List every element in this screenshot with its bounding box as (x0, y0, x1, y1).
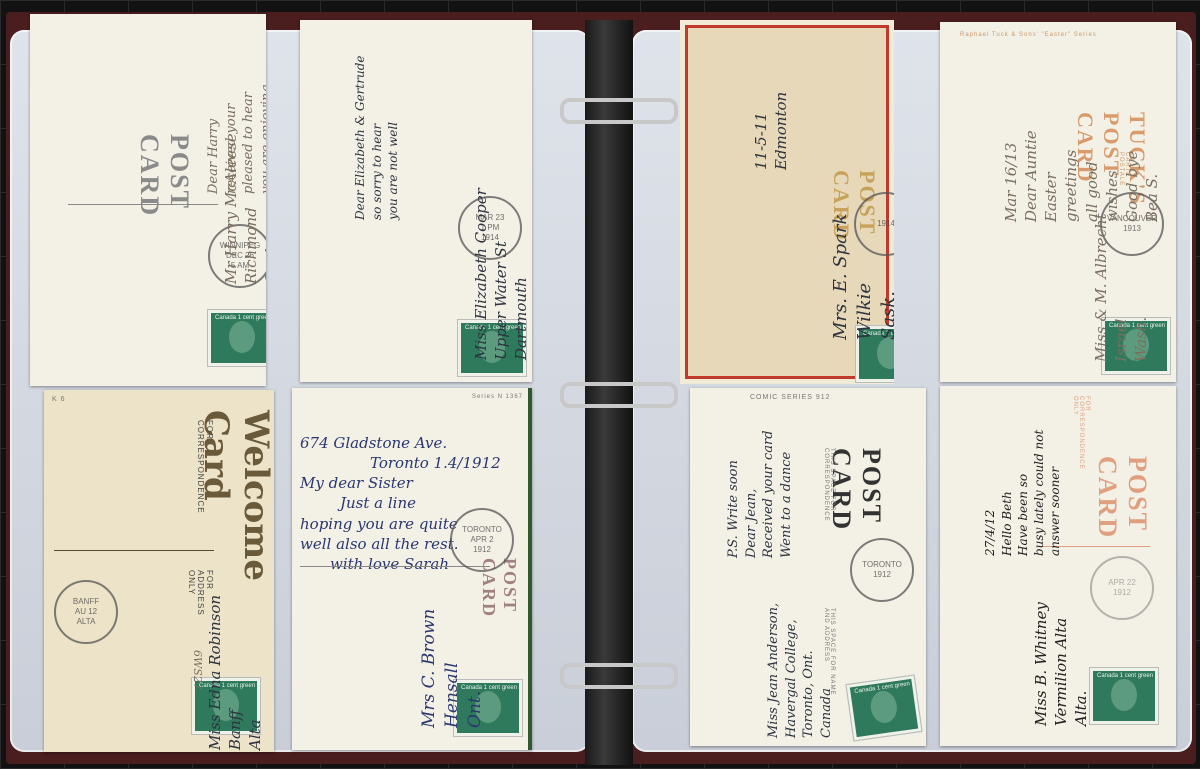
handwritten-message: 27/4/12Hello BethHave been sobusy lately… (950, 430, 1096, 556)
postcard-top-right: Raphael Tuck & Sons' "Easter" Series TUC… (940, 22, 1176, 382)
postmark: TORONTO 1912 (850, 538, 914, 602)
postcard-top-left: POST CARD WINNIPEG DEC 26 5 AM Canada 1 … (30, 14, 266, 386)
series-label: COMIC SERIES 912 (750, 394, 831, 401)
handwritten-address: Mrs C. BrownHensallOnt. (372, 609, 532, 728)
handwritten-address: Miss Elizabeth CooperUpper Water StDartm… (430, 188, 532, 360)
stamp: Canada 1 cent green (208, 310, 266, 366)
postcard-printed-title: POST CARD (1092, 456, 1152, 539)
postcard-printed-title: POST CARD (826, 448, 886, 531)
card-code: K 6 (52, 396, 66, 403)
postcard-divider (54, 550, 214, 551)
postcard-bottom-right: POST CARD FOR CORRESPONDENCE ONLY APR 22… (940, 386, 1176, 746)
handwritten-message: Dear Elizabeth & Gertrudeso sorry to hea… (320, 56, 433, 220)
handwritten-message: 674 Gladstone Ave.Toronto 1.4/1912My dea… (300, 392, 501, 615)
pencil-note: 6WS27 (189, 650, 204, 690)
handwritten-address: Miss Edna RobinsonBanffAlta (164, 595, 274, 750)
postcard-bottom-left: K 6 Welcome Card FOR CORRESPONDENCE FOR … (44, 390, 274, 752)
publisher-line: Raphael Tuck & Sons' "Easter" Series (960, 32, 1097, 38)
handwritten-message: Mar 16/13Dear AuntieEastergreetingsall g… (960, 130, 1176, 222)
postcard-bottom-center-right: COMIC SERIES 912 POST CARD THIS SPACE FO… (690, 388, 926, 746)
handwritten-message: 11-5-11Edmonton (710, 92, 832, 170)
handwritten-message: P.S. Write soonDear Jean,Received your c… (690, 430, 830, 558)
postcard-top-center-right: POST CARD 1914 Canada 1 cent green Mrs. … (680, 20, 894, 384)
binder-ring-top (560, 98, 678, 124)
postmark: BANFF AU 12 ALTA (54, 580, 118, 644)
handwritten-address: Miss & M. AlbrechtIsraelWash. (1050, 213, 1176, 362)
binder-ring-middle (560, 382, 678, 408)
postcard-divider (300, 566, 490, 567)
handwritten-address: Miss Jean Anderson,Havergal College,Toro… (730, 603, 870, 738)
postcard-top-center-left: MAR 23 1 PM 1914 Canada 1 cent green Mis… (300, 20, 532, 382)
binder-ring-bottom (560, 663, 678, 689)
handwritten-message: Dear Harryreceived yourpleased to hearyo… (170, 84, 266, 194)
handwritten-address: Miss B. WhitneyVermilion AltaAlta. (990, 602, 1132, 726)
label-correspondence: FOR CORRESPONDENCE (196, 420, 214, 514)
postmark: TORONTO APR 2 1912 (450, 508, 514, 572)
handwritten-address: Mrs. E. SparkWilkieSask. (780, 214, 894, 340)
postcard-bottom-center-left: Series N 1367 674 Gladstone Ave.Toronto … (292, 388, 532, 750)
